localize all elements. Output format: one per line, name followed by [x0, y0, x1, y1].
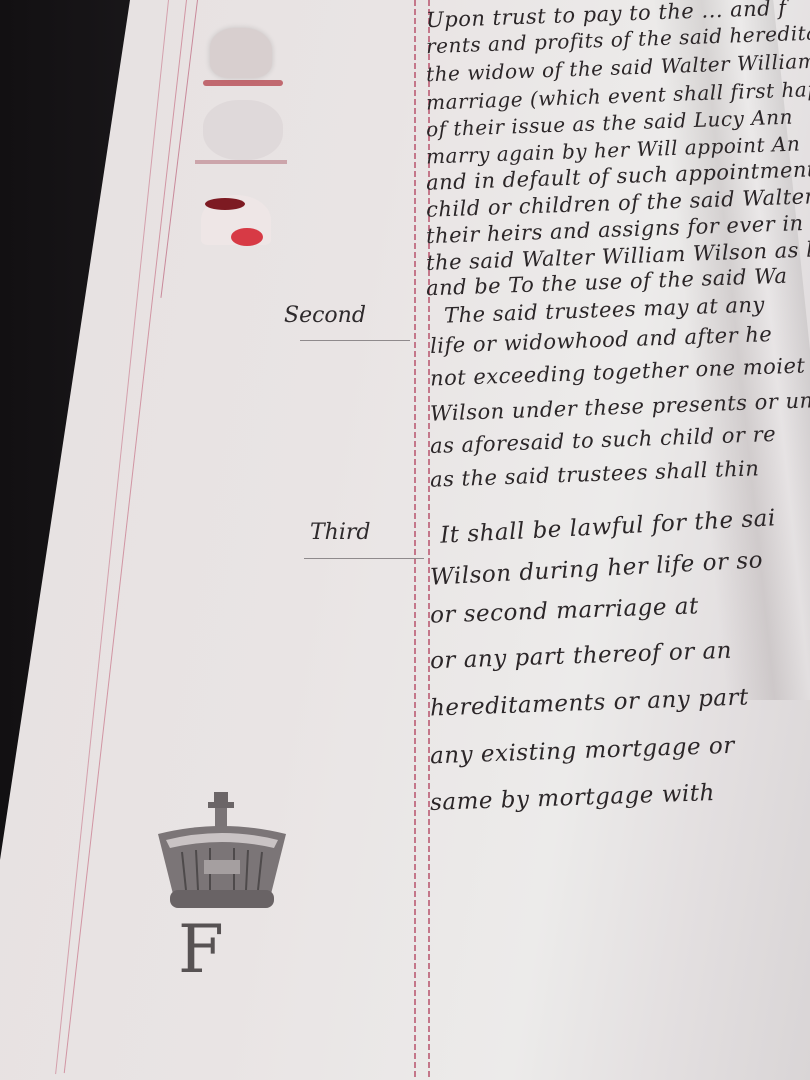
wax-seal	[195, 10, 295, 250]
margin-heading-third: Third	[310, 520, 370, 545]
margin-rule-inner-1	[414, 0, 416, 1080]
margin-heading-underline	[300, 340, 410, 341]
margin-heading-second: Second	[284, 303, 366, 328]
margin-heading-underline	[304, 558, 424, 559]
stamp-letter: F	[178, 915, 238, 985]
